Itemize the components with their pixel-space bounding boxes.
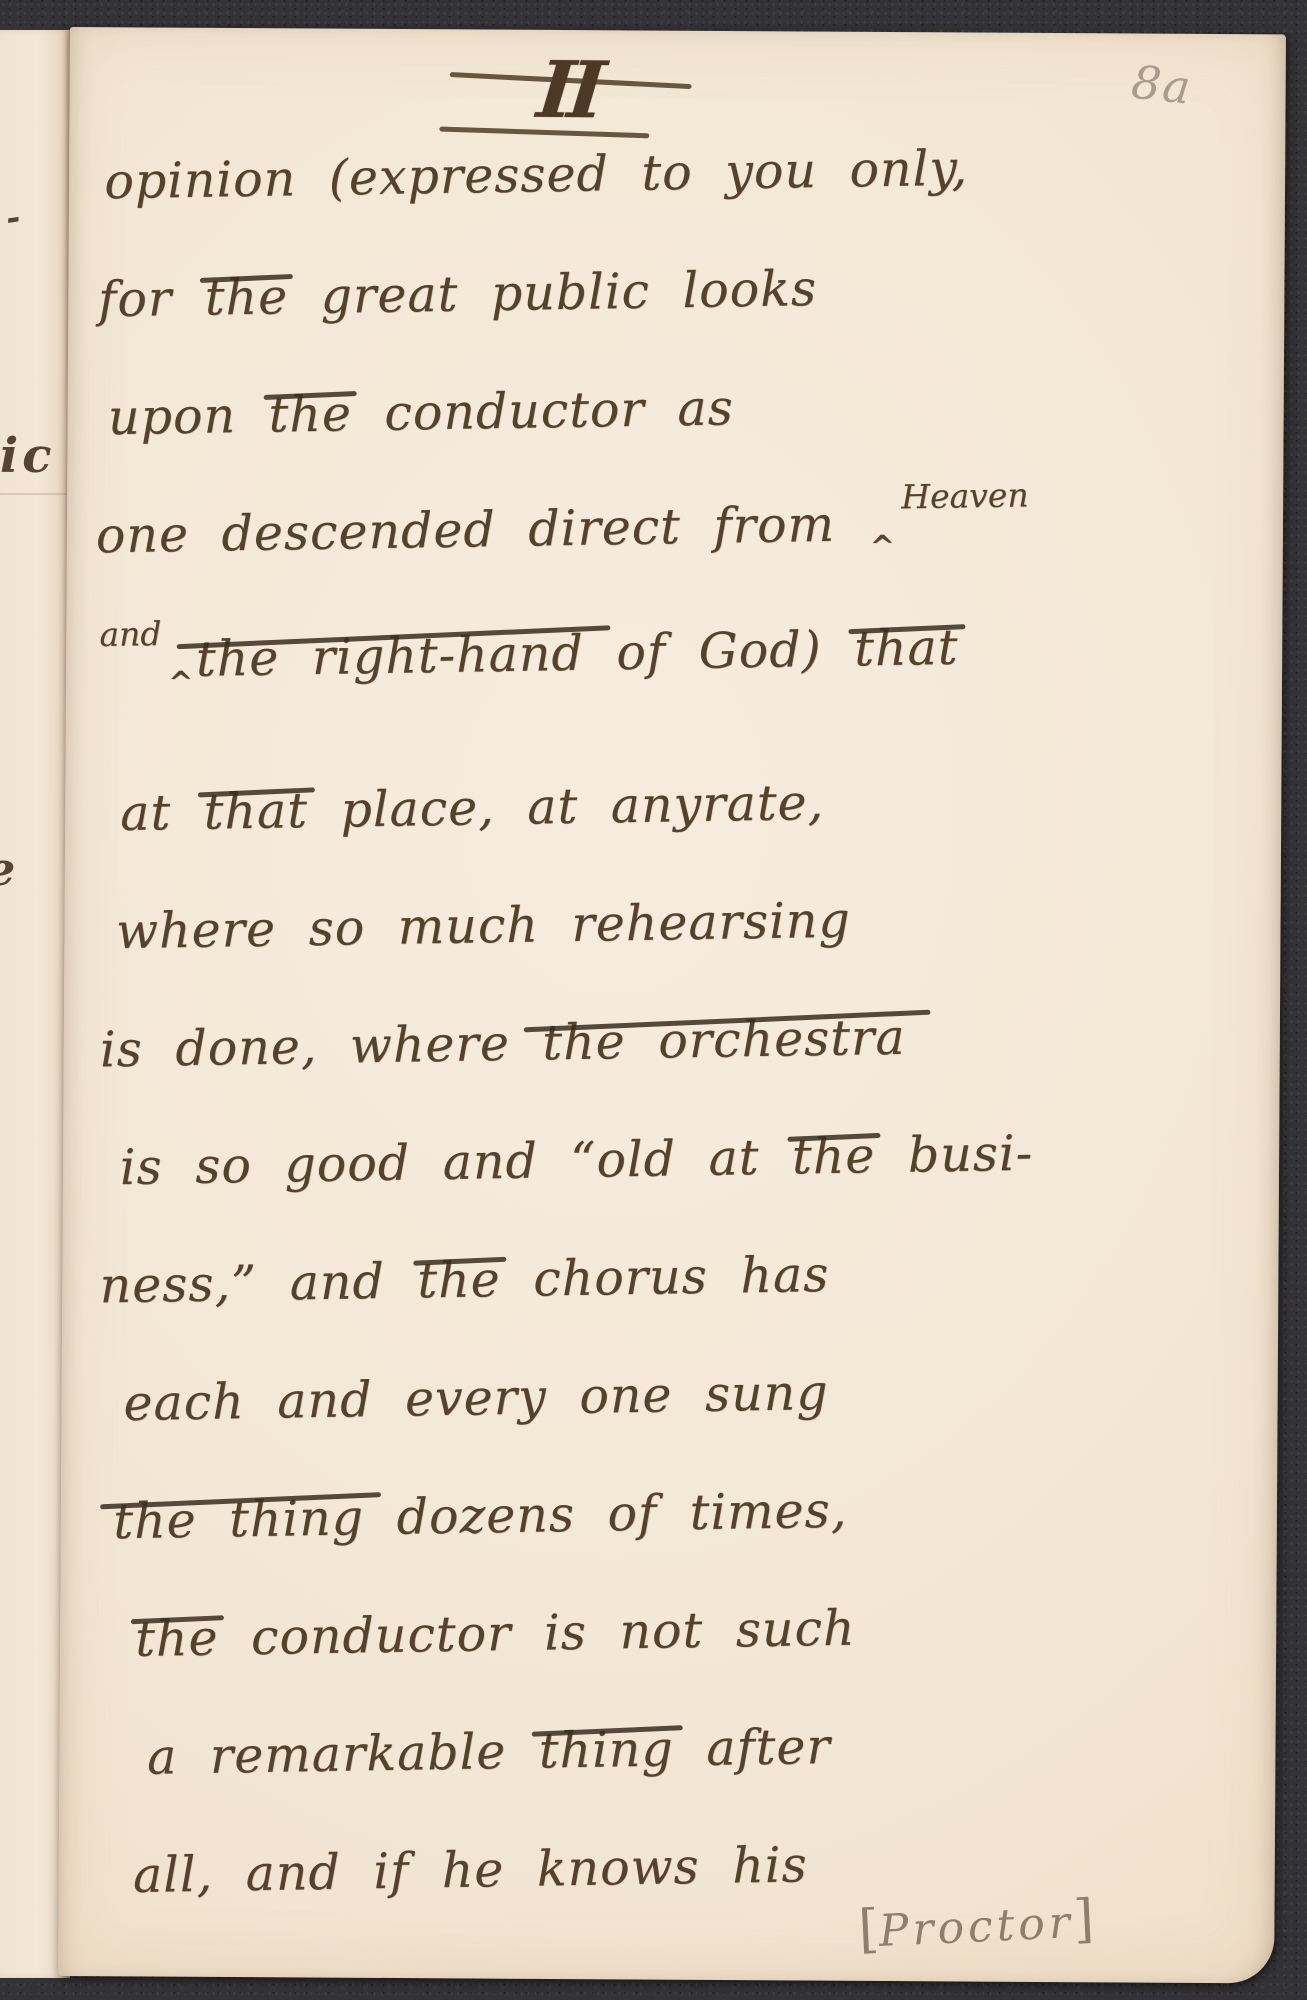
caret-mark: ^ [167, 624, 195, 742]
handwritten-text: dozens of times, [364, 1482, 848, 1547]
horizontal-crease [0, 493, 70, 495]
handwritten-text-block: opinion (expressed to you only,for the g… [103, 105, 1286, 1935]
manuscript-line: where so much rehearsing [115, 855, 1277, 991]
manuscript-line: and^the right-hand of God) that [95, 584, 1273, 727]
manuscript-line: all, and if he knows his [132, 1799, 1286, 1935]
handwritten-text: great public looks [288, 260, 818, 325]
attribution-close-bracket: ] [1072, 1889, 1095, 1950]
manuscript-line: the conductor is not such [134, 1563, 1286, 1699]
handwritten-text: upon [108, 387, 269, 447]
manuscript-page: II 8a opinion (expressed to you only,for… [58, 27, 1286, 1983]
photograph-of-manuscript: { "document": { "type": "handwritten man… [0, 0, 1307, 2000]
manuscript-line: is so good and “old at the busi- [119, 1091, 1281, 1227]
manuscript-line: upon the conductor as [107, 341, 1269, 477]
pen-crossed-word: the right-hand [195, 595, 585, 719]
handwritten-text: conductor as [351, 379, 734, 442]
handwritten-text: busi- [875, 1125, 1034, 1184]
manuscript-line: is done, where the orchestra [99, 973, 1279, 1109]
pen-crossed-word: the thing [112, 1459, 364, 1581]
handwritten-text: after [673, 1718, 831, 1777]
handwritten-text: is so good and “old at [119, 1129, 792, 1197]
handwritten-text: one descended direct from [95, 495, 868, 564]
handwritten-text: conductor is not such [218, 1600, 856, 1667]
handwritten-text: at [120, 784, 204, 842]
handwritten-text: of God) [583, 620, 854, 681]
inserted-word: Heaven [900, 436, 1029, 556]
handwritten-text: a remarkable [147, 1723, 540, 1786]
attribution-name: Proctor [878, 1897, 1075, 1957]
handwritten-text: where so much rehearsing [116, 892, 851, 961]
handwritten-text: place, at anyrate, [307, 774, 824, 839]
pen-crossed-word: that [853, 589, 959, 709]
pen-crossed-word: thing [538, 1690, 675, 1810]
facing-page-text-fragment: - [3, 197, 23, 239]
handwritten-text: each and every one sung [123, 1364, 829, 1432]
manuscript-line: each and every one sung [123, 1327, 1285, 1463]
inserted-word: and [99, 575, 163, 694]
handwritten-text: all, and if he knows his [132, 1836, 808, 1904]
handwritten-text: is done, where [100, 1014, 543, 1078]
pencil-attribution: [Proctor] [857, 1889, 1095, 1960]
manuscript-line: the thing dozens of times, [112, 1445, 1286, 1581]
manuscript-line: opinion (expressed to you only, [103, 105, 1265, 241]
pen-crossed-word: the orchestra [541, 979, 906, 1103]
manuscript-line: for the great public looks [97, 223, 1267, 359]
manuscript-line: at that place, at anyrate, [119, 737, 1275, 873]
pen-crossed-word: the [134, 1580, 219, 1699]
handwritten-text: chorus has [500, 1246, 830, 1308]
handwritten-text: opinion (expressed to you only, [104, 140, 969, 211]
manuscript-line: ness,” and the chorus has [99, 1209, 1283, 1346]
pen-crossed-word: the [268, 355, 353, 474]
facing-page-text-fragment: ic [0, 428, 55, 484]
pen-crossed-word: the [416, 1221, 501, 1340]
facing-page-text-fragment: e [0, 842, 15, 896]
facing-page-text-fragment: - [0, 1958, 12, 1978]
manuscript-line: one descended direct from ^Heaven [95, 459, 1271, 602]
handwritten-text: ness,” and [99, 1252, 418, 1314]
pen-crossed-word: the [204, 238, 289, 357]
pen-crossed-word: the [791, 1097, 876, 1216]
manuscript-line: a remarkable thing after [146, 1681, 1286, 1817]
handwritten-text: for [98, 270, 206, 329]
pen-crossed-word: that [203, 752, 309, 872]
